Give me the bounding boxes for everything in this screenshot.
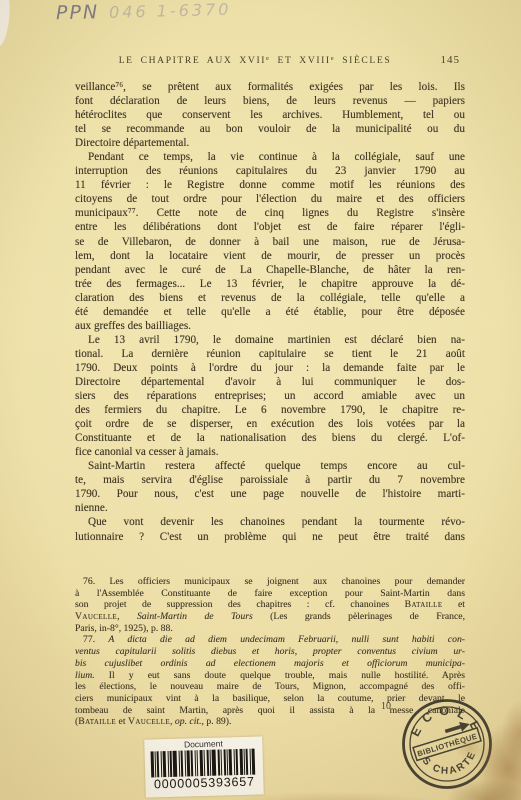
text-segment: Vaucelle (128, 716, 170, 727)
footnote-line: 77. A dicta die ad diem undecimam Februa… (75, 634, 465, 646)
text-line: tional. La dernière réunion capitulaire … (75, 347, 465, 361)
text-segment: Il y eut sans doute quelque trouble, mai… (95, 670, 465, 681)
text-line: Saint-Martin restera affecté quelque tem… (75, 459, 465, 473)
handwriting-prefix: PPN (56, 1, 100, 24)
text-line: 1790. Deux points à l'ordre du jour : la… (75, 361, 465, 375)
handwriting-code: 046 1-6370 (109, 0, 232, 22)
barcode-bar (252, 749, 256, 775)
footnote: 76. Les officiers municipaux se joignent… (75, 576, 465, 634)
paragraph: veillance⁷⁶, se prêtent aux formalités e… (75, 80, 465, 150)
text-line: te, mais servira d'église paroissiale à … (75, 473, 465, 487)
handwritten-shelfmark: PPN046 1-6370 (56, 0, 232, 24)
text-line: veillance⁷⁶, se prêtent aux formalités e… (75, 80, 465, 94)
text-line: fice canonial va cesser à jamais. (75, 445, 465, 459)
text-segment: , p. 89). (202, 716, 232, 727)
text-line: hétéroclites que conservent les archives… (75, 108, 465, 122)
footnote-line: son projet de suppression des chapitres … (75, 599, 465, 611)
text-line: entre les délibérations dont l'objet est… (75, 220, 465, 234)
text-segment: Paris, in-8°, 1925), p. 88. (75, 623, 173, 634)
text-line: siers des réparations entreprises; un ac… (75, 389, 465, 403)
text-line: se de Villebaron, de donner à bail une m… (75, 235, 465, 249)
text-line: été demandée et telle qu'elle a été étab… (75, 305, 465, 319)
barcode-number: 0000005393657 (145, 774, 263, 792)
text-segment: A dicta die ad diem undecimam Februarii,… (108, 634, 465, 645)
text-line: Directoire départemental. (75, 136, 465, 150)
scanned-book-page: PPN046 1-6370 LE CHAPITRE AUX XVIIe ET X… (0, 0, 521, 800)
text-line: Constituante et de la nationalisation de… (75, 431, 465, 445)
text-line: citoyens de tout ordre pour l'élection d… (75, 192, 465, 206)
running-header: LE CHAPITRE AUX XVIIe ET XVIIIe SIÈCLES … (75, 55, 465, 69)
text-line: municipaux⁷⁷. Cette note de cinq lignes … (75, 206, 465, 220)
paragraph: Le 13 avril 1790, le domaine martinien e… (75, 333, 465, 459)
text-segment: LE CHAPITRE AUX XVII (119, 55, 266, 66)
text-segment: bis cujuslibet ordinis ad electionem maj… (75, 658, 465, 669)
text-segment: , (117, 611, 137, 622)
text-segment: et (116, 716, 128, 727)
text-segment: 76. Les officiers municipaux se joignent… (83, 576, 465, 587)
barcode-bar (204, 750, 206, 776)
stamp-arrow-shaft (445, 727, 460, 732)
barcode-bars (151, 749, 258, 778)
text-line: çoit ordre de se disperser, en exécution… (75, 417, 465, 431)
text-segment: à l'Assemblée Constituante de faire exce… (75, 588, 465, 599)
barcode-bar (221, 750, 223, 776)
text-segment: les élections, le nouveau maire de Tours… (75, 681, 465, 692)
library-stamp: ECOLE DES CHARTES BIBLIOTHÈQUE (399, 696, 496, 793)
barcode-bar (212, 750, 217, 776)
text-line: 11 février : le Registre donne comme mot… (75, 178, 465, 192)
text-segment: Vaucelle (75, 611, 117, 622)
text-line: pendant avec le curé de La Chapelle-Blan… (75, 263, 465, 277)
barcode-bar (191, 750, 194, 776)
text-segment: son projet de suppression des chapitres … (75, 599, 405, 610)
text-line: lem, dont la locataire vient de mourir, … (75, 249, 465, 263)
barcode-bar (163, 751, 167, 777)
barcode-bar (229, 749, 233, 775)
paragraph: Pendant ce temps, la vie continue à la c… (75, 150, 465, 333)
text-line: claration des biens et revenus de la col… (75, 291, 465, 305)
text-line: tel se recommande au bon vouloir de la m… (75, 122, 465, 136)
footnote-line: 76. Les officiers municipaux se joignent… (75, 576, 465, 588)
scan-edge-artifact (0, 0, 12, 47)
text-segment: et (443, 599, 465, 610)
barcode-bar (197, 750, 199, 776)
barcode-bar (236, 749, 239, 775)
text-line: Directoire départemental d'avoir à lui c… (75, 375, 465, 389)
footnote-line: bis cujuslibet ordinis ad electionem maj… (75, 658, 465, 670)
footnote-line: à l'Assemblée Constituante de faire exce… (75, 588, 465, 600)
page-number: 145 (441, 54, 461, 66)
text-segment: Saint-Martin de Tours (137, 611, 253, 622)
text-segment: Bataille (78, 716, 116, 727)
barcode-bar (157, 751, 160, 777)
chapter-title: LE CHAPITRE AUX XVIIe ET XVIIIe SIÈCLES (75, 55, 435, 66)
text-line: nienne. (75, 501, 465, 515)
text-line: Que vont devenir les chanoines pendant l… (75, 515, 465, 529)
barcode-sticker: Document 0000005393657 (144, 736, 264, 797)
text-line: Pendant ce temps, la vie continue à la c… (75, 150, 465, 164)
text-line: interruption des réunions capitulaires d… (75, 164, 465, 178)
barcode-bar (246, 749, 249, 775)
text-segment: SIÈCLES (335, 55, 391, 66)
text-line: aux greffes des bailliages. (75, 319, 465, 333)
text-line: 1790. Pour nous, c'est une page nouvelle… (75, 487, 465, 501)
barcode-bar (173, 751, 178, 777)
text-line: font déclaration de leurs biens, de leur… (75, 94, 465, 108)
text-segment: (Les grands pèlerinages de France, (253, 611, 465, 622)
text-segment: ET XVIII (271, 55, 331, 66)
text-line: des fermiers du chapitre. Le 6 novembre … (75, 403, 465, 417)
paragraph: Saint-Martin restera affecté quelque tem… (75, 459, 465, 515)
footnote-line: ventus capitularii solitis diebus et hor… (75, 646, 465, 658)
footnote-line: Paris, in-8°, 1925), p. 88. (75, 623, 465, 635)
signature-mark: 10 (381, 701, 391, 712)
paragraph: Que vont devenir les chanoines pendant l… (75, 515, 465, 543)
text-segment: ventus capitularii solitis diebus et hor… (75, 646, 465, 657)
body-text: veillance⁷⁶, se prêtent aux formalités e… (75, 80, 465, 544)
text-line: lutionnaire ? C'est un problème qui ne p… (75, 530, 465, 544)
text-segment: 77. (83, 634, 108, 645)
text-segment: Bataille (405, 599, 443, 610)
footnote-line: les élections, le nouveau maire de Tours… (75, 681, 465, 693)
footnote-line: lium. Il y eut sans doute quelque troubl… (75, 670, 465, 682)
text-line: trée des fermages... Le 13 février, le c… (75, 277, 465, 291)
text-line: Le 13 avril 1790, le domaine martinien e… (75, 333, 465, 347)
footnote-line: Vaucelle, Saint-Martin de Tours (Les gra… (75, 611, 465, 623)
text-segment: op. cit. (175, 716, 202, 727)
barcode-bar (181, 751, 184, 777)
text-segment: lium. (75, 670, 95, 681)
